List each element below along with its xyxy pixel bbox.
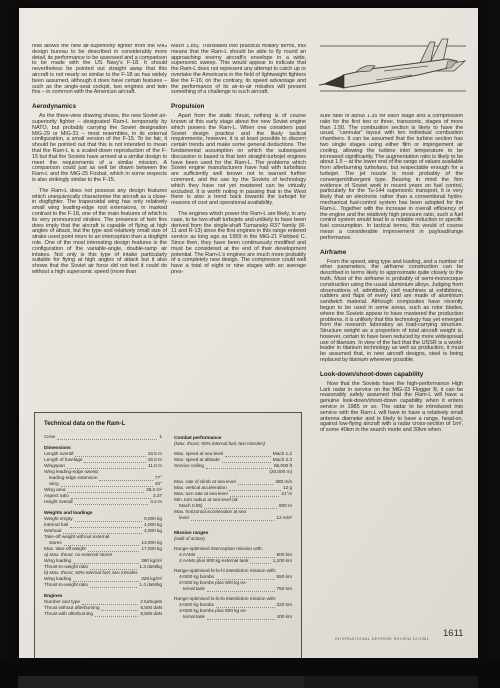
- table-row-value: 1: [159, 435, 162, 441]
- footer-page-number: 1611: [443, 628, 463, 639]
- table-left-column: Crew1DimensionsLength overall16.5 mLengt…: [44, 435, 162, 621]
- table-right-column: Combat performance(Max. thrust, 50% inte…: [174, 435, 292, 621]
- footer-journal-title: INTERNATIONAL DEFENSE REVIEW 12/1981: [335, 637, 429, 641]
- table-title: Technical data on the Ram-L: [44, 421, 292, 427]
- dotted-leader: [82, 604, 138, 605]
- table-row-value: 320 km: [277, 603, 292, 609]
- paragraph: From the speed, wing type and loading, a…: [320, 260, 463, 364]
- article-column-2: Mach 1.85). Translated into practical mi…: [171, 44, 306, 406]
- dotted-leader: [101, 610, 138, 611]
- table-row-label: (radii of action): [174, 537, 205, 543]
- dotted-leader: [67, 492, 144, 493]
- dotted-leader: [70, 527, 142, 528]
- paragraph: sure ratio of about 1.35 for each stage …: [320, 114, 463, 242]
- table-spacer: [44, 589, 162, 593]
- dotted-leader: [229, 490, 281, 491]
- table-row-value: 1.4 daN/kg: [139, 583, 162, 589]
- section-heading-aerodynamics: Aerodynamics: [32, 103, 167, 110]
- paragraph: As the three-view drawing shows, the new…: [32, 114, 167, 184]
- dotted-leader: [63, 533, 142, 534]
- dotted-leader: [90, 587, 137, 588]
- table-row-value: 550 km: [277, 575, 292, 581]
- article-column-3: sure ratio of about 1.35 for each stage …: [320, 114, 463, 638]
- paragraph: Apart from the static thrust, nothing is…: [171, 114, 306, 207]
- table-row-value: 8,500 daN: [140, 612, 162, 618]
- table-row-label: ternal tank: [183, 587, 205, 593]
- table-row-label: 4 AAMs plus 800 kg external tank: [179, 559, 248, 565]
- section-heading-airframe: Airframe: [320, 249, 463, 256]
- table-row-value: 900 m: [279, 504, 292, 510]
- table-row: 4 AAMs plus 800 kg external tank1,100 km: [174, 559, 292, 565]
- section-heading-propulsion: Propulsion: [171, 103, 306, 110]
- table-row-value: 11.0 m: [148, 464, 162, 470]
- technical-data-table: Technical data on the Ram-L Crew1Dimensi…: [34, 412, 302, 659]
- dotted-leader: [204, 508, 276, 509]
- dotted-leader: [230, 496, 280, 497]
- paragraph: The engines which power the Ram-L are li…: [171, 212, 306, 276]
- table-row-label: Crew: [44, 435, 55, 441]
- table-row-value: 17,000 kg: [141, 547, 162, 553]
- dotted-leader: [238, 484, 274, 485]
- paragraph: Mach 1.85). Translated into practical mi…: [171, 44, 306, 96]
- table-spacer: [44, 441, 162, 445]
- scan-edge-strip-left: [18, 676, 304, 688]
- dotted-leader: [222, 462, 271, 463]
- dotted-leader: [61, 486, 153, 487]
- aircraft-side-view-icon: [318, 28, 468, 112]
- dotted-leader: [84, 462, 145, 463]
- dotted-leader: [75, 504, 149, 505]
- section-heading-lookdown: Look-down/shoot-down capability: [320, 371, 463, 378]
- table-spacer: [174, 526, 292, 530]
- dotted-leader: [88, 551, 140, 552]
- table-row: ternal tank400 km: [174, 615, 292, 621]
- table-row-label: Service ceiling: [174, 464, 204, 470]
- table-row-value: 21°/s: [281, 492, 292, 498]
- table-row-value: 12 m/s²: [276, 516, 292, 522]
- dotted-leader: [225, 456, 271, 457]
- table-row-label: level: [179, 516, 189, 522]
- table-row-value: (20,000 m): [269, 470, 292, 476]
- table-row: Thrust with afterburning8,500 daN: [44, 612, 162, 618]
- table-row-value: 1,100 km: [273, 559, 292, 565]
- scan-edge-strip-right: [304, 676, 478, 688]
- dotted-leader: [216, 607, 275, 608]
- table-row-value: 750 km: [277, 587, 292, 593]
- dotted-leader: [75, 521, 142, 522]
- dotted-leader: [67, 468, 146, 469]
- dotted-leader: [71, 498, 151, 499]
- table-row-label: Height overall: [44, 500, 73, 506]
- magazine-page: now allows the new air-superiority fight…: [19, 8, 478, 658]
- aircraft-figure: [318, 28, 468, 112]
- table-spacer: [44, 506, 162, 510]
- table-row-value: 4,000 kg: [144, 529, 162, 535]
- dotted-leader: [207, 591, 275, 592]
- table-row-label: (Max. thrust, 50% internal fuel, two mis…: [174, 442, 265, 448]
- dotted-leader: [75, 456, 145, 457]
- table-row-label: Thrust with afterburning: [44, 612, 93, 618]
- table-row-label: ternal tank: [183, 615, 205, 621]
- table-row-value: 1.3 daN/kg: [139, 565, 162, 571]
- dotted-leader: [73, 563, 139, 564]
- dotted-leader: [197, 557, 274, 558]
- dotted-leader: [95, 616, 138, 617]
- dotted-leader: [99, 480, 153, 481]
- dotted-leader: [207, 619, 275, 620]
- table-row-label: Thrust-to-weight ratio: [44, 583, 88, 589]
- dotted-leader: [206, 468, 272, 469]
- dotted-leader: [90, 569, 137, 570]
- dotted-leader: [250, 563, 270, 564]
- paragraph: now allows the new air-superiority fight…: [32, 44, 167, 96]
- dotted-leader: [57, 439, 157, 440]
- dotted-leader: [216, 579, 275, 580]
- table-row-value: 4.2 m: [150, 500, 162, 506]
- paragraph: Now that the Soviets have the high-perfo…: [320, 382, 463, 434]
- table-columns: Crew1DimensionsLength overall16.5 mLengt…: [44, 435, 292, 621]
- article-column-1: now allows the new air-superiority fight…: [32, 44, 167, 406]
- dotted-leader: [191, 520, 275, 521]
- dotted-leader: [73, 581, 139, 582]
- table-row-value: 400 km: [277, 615, 292, 621]
- dotted-leader: [64, 545, 140, 546]
- paragraph: The Ram-L does not possess any design fe…: [32, 189, 167, 276]
